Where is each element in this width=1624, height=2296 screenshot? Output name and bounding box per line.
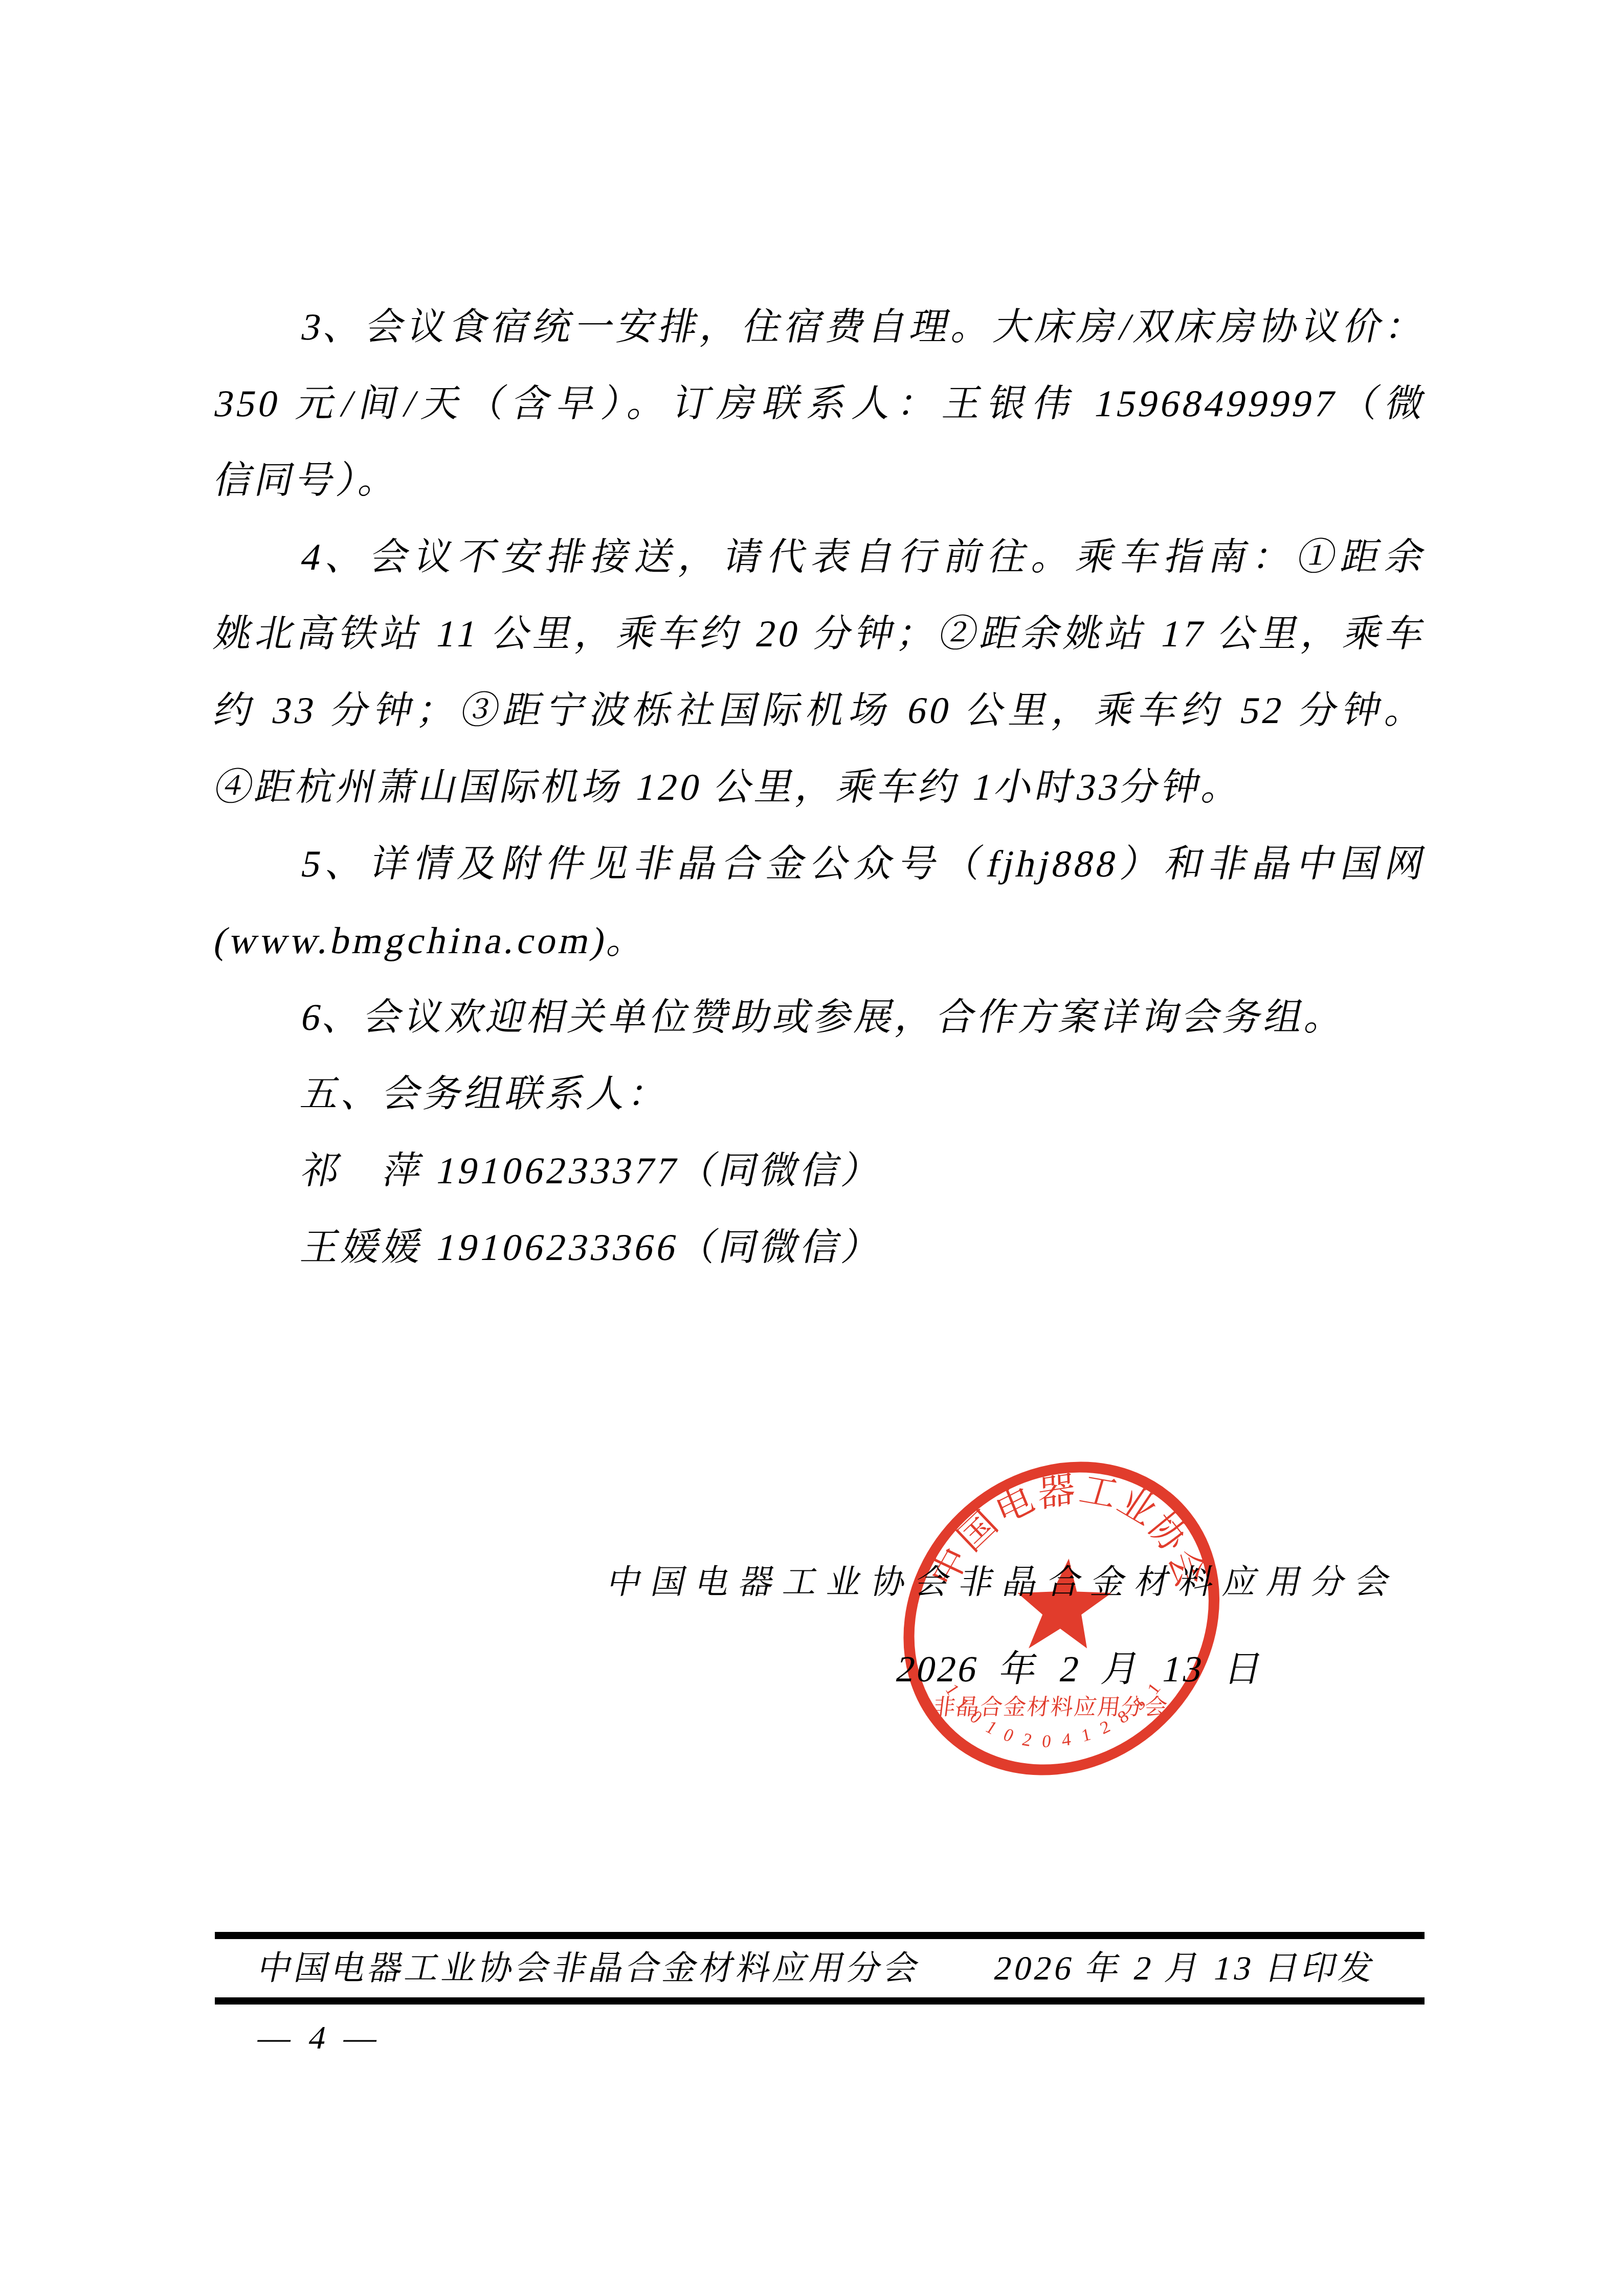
- body-line: 3、会议食宿统一安排，住宿费自理。大床房/双床房协议价：: [207, 289, 1435, 366]
- page-number: — 4 —: [254, 2019, 386, 2057]
- body-line: 祁 萍 19106233377（同微信）: [207, 1133, 1435, 1209]
- official-seal: 中国电器工业协会 非晶合金材料应用分会 1101020412851: [879, 1454, 1244, 1785]
- body-line: 4、会议不安排接送，请代表自行前往。乘车指南：①距余: [207, 519, 1435, 596]
- body-line: 约 33 分钟；③距宁波栎社国际机场 60 公里，乘车约 52 分钟。: [207, 672, 1435, 749]
- signature-org: 中国电器工业协会非晶合金材料应用分会: [604, 1555, 1406, 1603]
- body-text: 3、会议食宿统一安排，住宿费自理。大床房/双床房协议价： 350 元/间/天（含…: [215, 289, 1427, 1286]
- footer-row: 中国电器工业协会非晶合金材料应用分会 2026 年 2 月 13 日印发: [258, 1943, 1376, 1994]
- footer-rule-top: [215, 1932, 1425, 1939]
- body-line: 6、会议欢迎相关单位赞助或参展，合作方案详询会务组。: [207, 979, 1435, 1056]
- footer-org: 中国电器工业协会非晶合金材料应用分会: [253, 1943, 926, 1994]
- footer-print-date: 2026 年 2 月 13 日印发: [989, 1943, 1382, 1994]
- body-line: 五、会务组联系人：: [207, 1056, 1435, 1133]
- body-line: 5、详情及附件见非晶合金公众号（fjhj888）和非晶中国网: [207, 826, 1435, 903]
- body-line: 姚北高铁站 11 公里，乘车约 20 分钟；②距余姚站 17 公里，乘车: [207, 596, 1435, 672]
- signature-date: 2026 年 2 月 13 日: [892, 1639, 1271, 1692]
- body-line: 350 元/间/天（含早）。订房联系人：王银伟 15968499997（微: [207, 366, 1435, 442]
- body-line: 信同号）。: [207, 442, 1435, 519]
- body-line: (www.bmgchina.com)。: [207, 903, 1435, 979]
- body-line: 王媛媛 19106233366（同微信）: [207, 1209, 1435, 1286]
- footer-rule-bottom: [215, 1997, 1425, 2005]
- body-line: ④距杭州萧山国际机场 120 公里，乘车约 1小时33分钟。: [207, 749, 1435, 826]
- document-page: 3、会议食宿统一安排，住宿费自理。大床房/双床房协议价： 350 元/间/天（含…: [0, 0, 1624, 2296]
